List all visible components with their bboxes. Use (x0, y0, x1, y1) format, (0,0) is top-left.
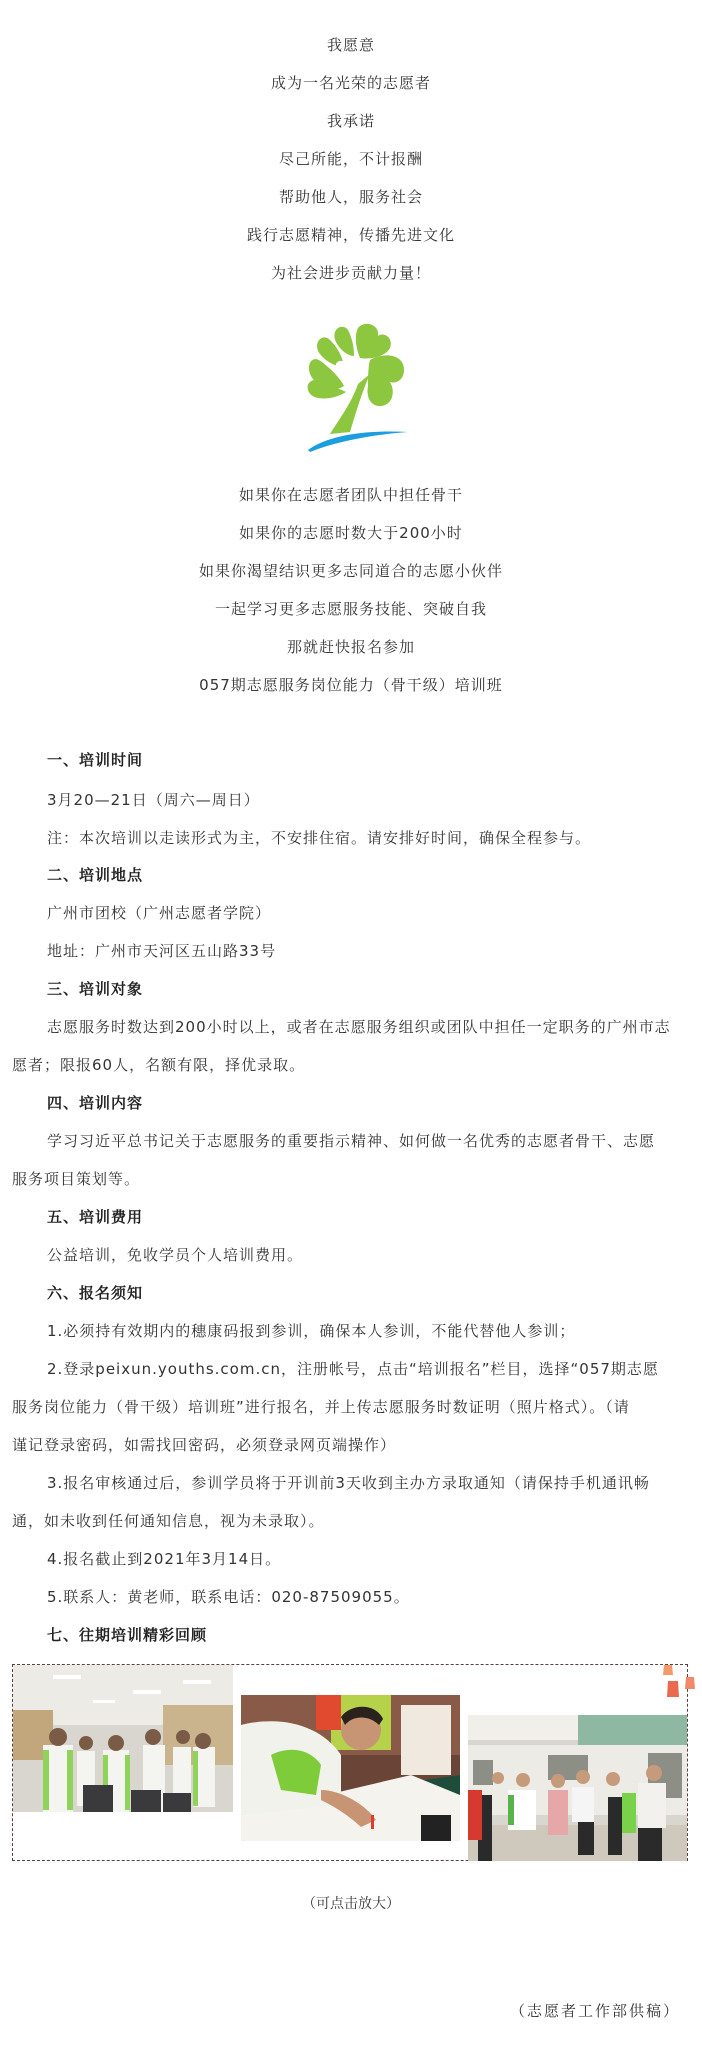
venue-address: 地址：广州市天河区五山路33号 (47, 941, 276, 961)
pledge-line: 帮助他人，服务社会 (0, 187, 702, 207)
section-heading: 一、培训时间 (47, 750, 143, 770)
notice-item: 4.报名截止到2021年3月14日。 (47, 1549, 281, 1569)
notice-item: 3.报名审核通过后，参训学员将于开训前3天收到主办方录取通知（请保持手机通讯畅 (47, 1473, 650, 1493)
pledge-line: 我承诺 (0, 111, 702, 131)
invitation-line: 一起学习更多志愿服务技能、突破自我 (0, 599, 702, 619)
pledge-line: 为社会进步贡献力量！ (0, 263, 702, 283)
section-heading: 五、培训费用 (47, 1207, 143, 1227)
section-heading: 二、培训地点 (47, 865, 143, 885)
section-heading: 三、培训对象 (47, 979, 143, 999)
pledge-line: 成为一名光荣的志愿者 (0, 73, 702, 93)
notice-item: 2.登录peixun.youths.com.cn，注册帐号，点击“培训报名”栏目… (47, 1359, 659, 1379)
paragraph-line: 志愿服务时数达到200小时以上，或者在志愿服务组织或团队中担任一定职务的广州市志 (47, 1017, 671, 1037)
pledge-line: 我愿意 (0, 35, 702, 55)
paragraph-line: 服务项目策划等。 (12, 1169, 140, 1189)
lantern-decoration-icon (660, 1663, 700, 1707)
paragraph-line: 学习习近平总书记关于志愿服务的重要指示精神、如何做一名优秀的志愿者骨干、志愿 (47, 1131, 655, 1151)
invitation-line: 那就赶快报名参加 (0, 637, 702, 657)
volunteer-logo-icon (300, 322, 415, 452)
invitation-line: 057期志愿服务岗位能力（骨干级）培训班 (0, 675, 702, 695)
notice-item-cont: 服务岗位能力（骨干级）培训班”进行报名，并上传志愿服务时数证明（照片格式）。（请 (12, 1397, 630, 1417)
notice-item-cont: 通，如未收到任何通知信息，视为未录取）。 (12, 1511, 325, 1531)
volunteer-writing-photo[interactable] (241, 1695, 460, 1841)
volunteers-oath-photo[interactable] (13, 1665, 233, 1812)
gallery-caption: （可点击放大） (0, 1893, 702, 1913)
pledge-line: 尽己所能，不计报酬 (0, 149, 702, 169)
notice-item: 5.联系人：黄老师，联系电话：020-87509055。 (47, 1587, 410, 1607)
training-date: 3月20—21日（周六—周日） (47, 790, 260, 810)
section-heading: 七、往期培训精彩回顾 (47, 1625, 207, 1645)
pledge-line: 践行志愿精神，传播先进文化 (0, 225, 702, 245)
training-note: 注：本次培训以走读形式为主，不安排住宿。请安排好时间，确保全程参与。 (47, 828, 591, 848)
invitation-line: 如果你在志愿者团队中担任骨干 (0, 485, 702, 505)
paragraph-line: 愿者；限报60人，名额有限，择优录取。 (12, 1055, 305, 1075)
venue-name: 广州市团校（广州志愿者学院） (47, 903, 271, 923)
paragraph-line: 公益培训，免收学员个人培训费用。 (47, 1245, 303, 1265)
notice-item-cont: 谨记登录密码，如需找回密码，必须登录网页端操作） (12, 1435, 396, 1455)
notice-item: 1.必须持有效期内的穗康码报到参训，确保本人参训，不能代替他人参训； (47, 1321, 575, 1341)
section-heading: 四、培训内容 (47, 1093, 143, 1113)
exhibition-visit-photo[interactable] (468, 1715, 687, 1861)
invitation-line: 如果你渴望结识更多志同道合的志愿小伙伴 (0, 561, 702, 581)
article-credit: （志愿者工作部供稿） (510, 2000, 680, 2021)
section-heading: 六、报名须知 (47, 1283, 143, 1303)
invitation-line: 如果你的志愿时数大于200小时 (0, 523, 702, 543)
